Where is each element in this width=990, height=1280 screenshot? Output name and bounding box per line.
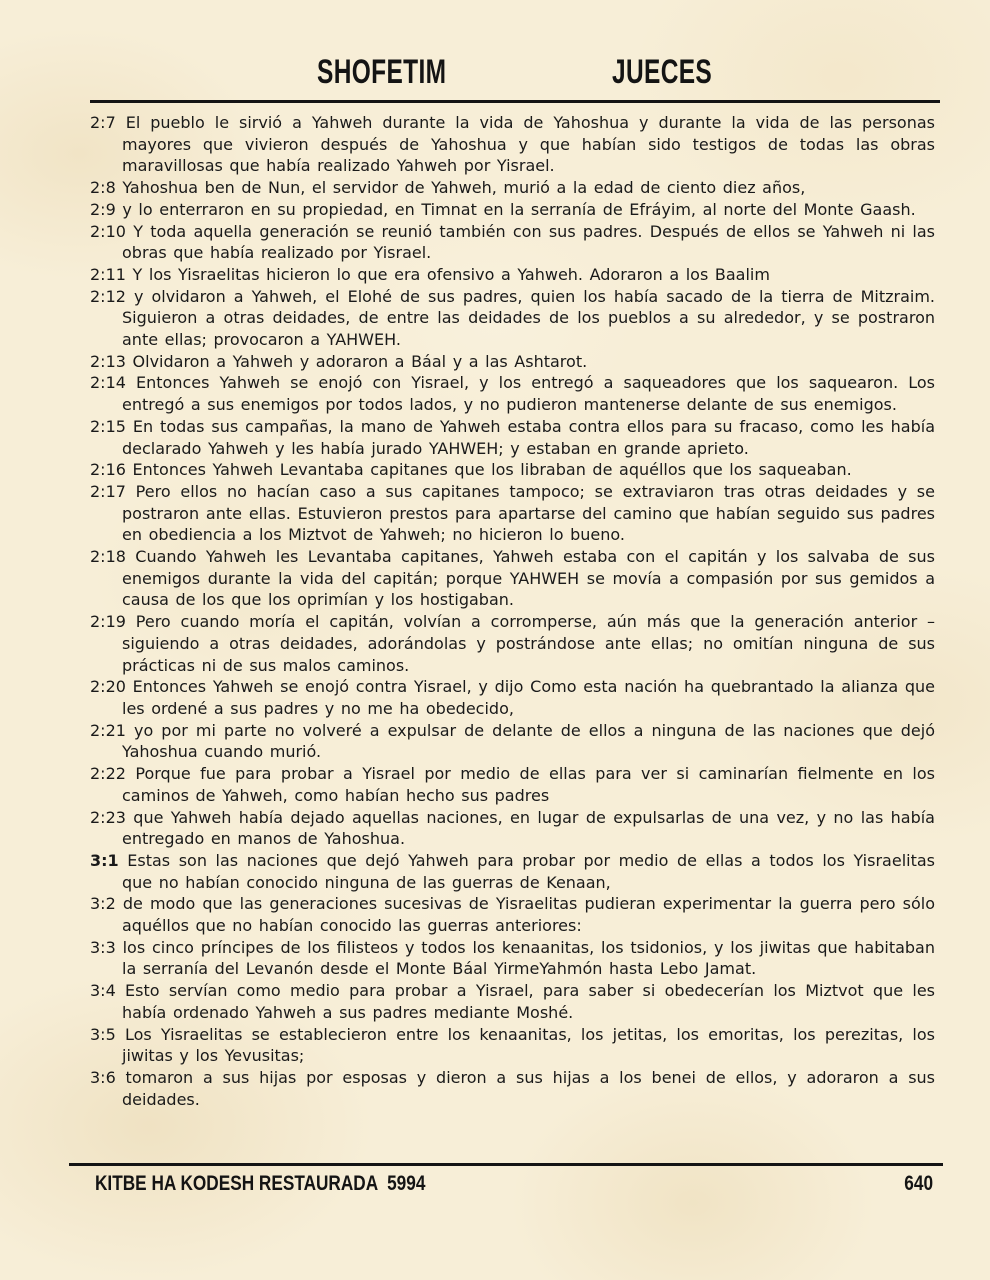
verse-number: 2:23 [90,808,126,827]
verse-number: 2:20 [90,677,126,696]
verse-number: 2:22 [90,764,126,783]
verse-number: 2:17 [90,482,126,501]
verse-text: que Yahweh había dejado aquellas nacione… [122,808,935,849]
verse: 2:23 que Yahweh había dejado aquellas na… [90,807,935,850]
verse: 2:8 Yahoshua ben de Nun, el servidor de … [90,177,935,199]
verse: 2:22 Porque fue para probar a Yisrael po… [90,763,935,806]
verse: 2:13 Olvidaron a Yahweh y adoraron a Báa… [90,351,935,373]
verse-text: Entonces Yahweh se enojó contra Yisrael,… [122,677,935,718]
verse-text: Porque fue para probar a Yisrael por med… [122,764,935,805]
verse-number: 2:21 [90,721,126,740]
page-title-spanish: JUECES [612,55,712,89]
verse: 2:12 y olvidaron a Yahweh, el Elohé de s… [90,286,935,351]
verse-number: 3:6 [90,1068,116,1087]
verse-number: 3:4 [90,981,116,1000]
verse: 2:7 El pueblo le sirvió a Yahweh durante… [90,112,935,177]
verse-number: 2:8 [90,178,116,197]
verse-text: Pero cuando moría el capitán, volvían a … [122,612,935,674]
verse: 2:14 Entonces Yahweh se enojó con Yisrae… [90,372,935,415]
verse-text: y olvidaron a Yahweh, el Elohé de sus pa… [122,287,935,349]
verse-text: tomaron a sus hijas por esposas y dieron… [122,1068,935,1109]
verse-number: 2:13 [90,352,126,371]
verse-number: 3:1 [90,851,119,870]
scripture-text: 2:7 El pueblo le sirvió a Yahweh durante… [90,112,935,1110]
verse-text: Entonces Yahweh Levantaba capitanes que … [133,460,852,479]
verse-number: 2:18 [90,547,126,566]
verse: 3:2 de modo que las generaciones sucesiv… [90,893,935,936]
verse: 2:17 Pero ellos no hacían caso a sus cap… [90,481,935,546]
verse-number: 2:15 [90,417,126,436]
verse: 3:4 Esto servían como medio para probar … [90,980,935,1023]
verse: 3:3 los cinco príncipes de los filisteos… [90,937,935,980]
verse-text: El pueblo le sirvió a Yahweh durante la … [122,113,935,175]
verse-text: Estas son las naciones que dejó Yahweh p… [122,851,935,892]
verse-number: 3:2 [90,894,116,913]
footer-rule [69,1163,943,1166]
verse-text: Entonces Yahweh se enojó con Yisrael, y … [122,373,935,414]
verse: 2:16 Entonces Yahweh Levantaba capitanes… [90,459,935,481]
verse-text: En todas sus campañas, la mano de Yahweh… [122,417,935,458]
verse: 2:11 Y los Yisraelitas hicieron lo que e… [90,264,935,286]
verse-number: 3:3 [90,938,116,957]
verse-number: 2:9 [90,200,116,219]
verse: 2:21 yo por mi parte no volveré a expuls… [90,720,935,763]
verse: 2:20 Entonces Yahweh se enojó contra Yis… [90,676,935,719]
verse: 2:19 Pero cuando moría el capitán, volví… [90,611,935,676]
verse-number: 2:12 [90,287,126,306]
verse-text: Yahoshua ben de Nun, el servidor de Yahw… [122,178,805,197]
verse-number: 2:14 [90,373,126,392]
verse: 2:10 Y toda aquella generación se reunió… [90,221,935,264]
page-title-hebrew: SHOFETIM [317,55,446,89]
verse-text: Esto servían como medio para probar a Yi… [122,981,935,1022]
verse-number: 2:11 [90,265,126,284]
document-page: SHOFETIM JUECES 2:7 El pueblo le sirvió … [0,0,990,1280]
footer-page-number: 640 [904,1171,933,1197]
verse-text: Olvidaron a Yahweh y adoraron a Báal y a… [133,352,588,371]
verse: 3:1 Estas son las naciones que dejó Yahw… [90,850,935,893]
verse-text: Pero ellos no hacían caso a sus capitane… [122,482,935,544]
verse-number: 3:5 [90,1025,116,1044]
verse: 2:9 y lo enterraron en su propiedad, en … [90,199,935,221]
verse-text: Y toda aquella generación se reunió tamb… [122,222,935,263]
verse-number: 2:10 [90,222,126,241]
verse: 3:5 Los Yisraelitas se establecieron ent… [90,1024,935,1067]
verse-text: Cuando Yahweh les Levantaba capitanes, Y… [122,547,935,609]
verse-text: Y los Yisraelitas hicieron lo que era of… [133,265,770,284]
verse: 2:18 Cuando Yahweh les Levantaba capitan… [90,546,935,611]
verse-text: Los Yisraelitas se establecieron entre l… [122,1025,935,1066]
verse-text: y lo enterraron en su propiedad, en Timn… [122,200,915,219]
header-rule [90,100,940,103]
verse-number: 2:7 [90,113,116,132]
verse: 2:15 En todas sus campañas, la mano de Y… [90,416,935,459]
footer-book-title: KITBE HA KODESH RESTAURADA 5994 [95,1171,425,1197]
verse-text: yo por mi parte no volveré a expulsar de… [122,721,935,762]
verse-text: de modo que las generaciones sucesivas d… [122,894,935,935]
verse-text: los cinco príncipes de los filisteos y t… [122,938,935,979]
verse-number: 2:19 [90,612,126,631]
verse-number: 2:16 [90,460,126,479]
verse: 3:6 tomaron a sus hijas por esposas y di… [90,1067,935,1110]
